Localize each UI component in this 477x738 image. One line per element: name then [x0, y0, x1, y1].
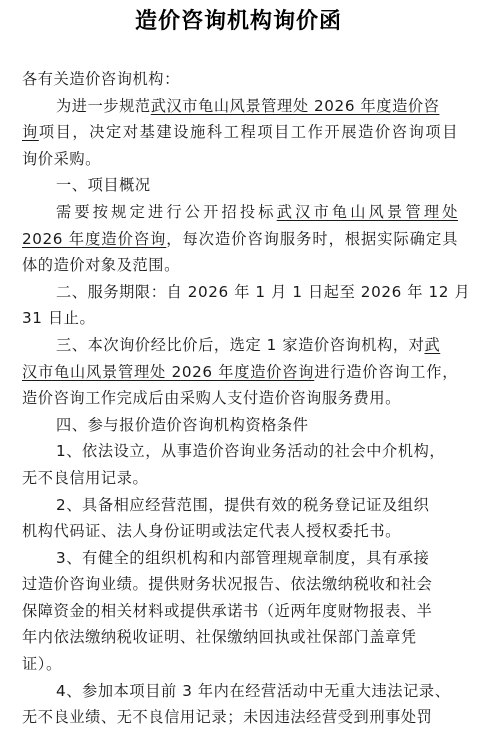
list-item: 4、参加本项目前 3 年内在经营活动中无重大违法记录、 [22, 678, 458, 705]
underlined-project-name: 武汉市龟山风景管理处 2026 年度造价咨 [151, 97, 440, 115]
paragraph-line: 体的造价对象及范围。 [22, 252, 458, 279]
section-heading: 四、参与报价造价咨询机构资格条件 [22, 412, 458, 439]
underlined-project-name: 武 [424, 336, 440, 354]
paragraph-line: 31 日止。 [22, 305, 458, 332]
paragraph-line: 为进一步规范武汉市龟山风景管理处 2026 年度造价咨 [22, 93, 458, 120]
paragraph-line: 年内依法缴纳税收证明、社保缴纳回执或社保部门盖章凭 [22, 624, 458, 651]
paragraph-line: 机构代码证、法人身份证明或法定代表人授权委托书。 [22, 518, 458, 545]
paragraph-line: 无不良业绩、无不良信用记录；未因违法经营受到刑事处罚 [22, 704, 458, 731]
list-item: 1、依法设立，从事造价咨询业务活动的社会中介机构， [22, 438, 458, 465]
document-body: 各有关造价咨询机构： 为进一步规范武汉市龟山风景管理处 2026 年度造价咨 询… [22, 66, 458, 731]
paragraph-line: 保障资金的相关材料或提供承诺书（近两年度财物报表、半 [22, 598, 458, 625]
underlined-project-name: 汉市龟山风景管理处 2026 年度造价咨询 [22, 363, 314, 381]
underlined-project-name: 2026 年度造价咨询 [22, 230, 166, 248]
paragraph-line: 无不良信用记录。 [22, 465, 458, 492]
salutation: 各有关造价咨询机构： [22, 66, 458, 93]
list-item: 3、有健全的组织机构和内部管理规章制度，具有承接 [22, 545, 458, 572]
paragraph-line: 2026 年度造价咨询，每次造价咨询服务时，根据实际确定具 [22, 226, 458, 253]
paragraph-line: 证）。 [22, 651, 458, 678]
underlined-project-name: 武汉市龟山风景管理处 [277, 203, 458, 221]
document-title: 造价咨询机构询价函 [0, 4, 477, 35]
paragraph-line: 造价咨询工作完成后由采购人支付造价咨询服务费用。 [22, 385, 458, 412]
section-heading: 三、本次询价经比价后，选定 1 家造价咨询机构，对武 [22, 332, 458, 359]
paragraph-line: 询项目，决定对基建设施科工程项目工作开展造价咨询项目 [22, 119, 458, 146]
paragraph-line: 询价采购。 [22, 146, 458, 173]
list-item: 2、具备相应经营范围，提供有效的税务登记证及组织 [22, 492, 458, 519]
paragraph-line: 需要按规定进行公开招投标武汉市龟山风景管理处 [22, 199, 458, 226]
section-heading: 一、项目概况 [22, 172, 458, 199]
section-heading: 二、服务期限：自 2026 年 1 月 1 日起至 2026 年 12 月 [22, 279, 458, 306]
paragraph-line: 过造价咨询业绩。提供财务状况报告、依法缴纳税收和社会 [22, 571, 458, 598]
paragraph-line: 汉市龟山风景管理处 2026 年度造价咨询进行造价咨询工作， [22, 359, 458, 386]
underlined-project-name: 询 [22, 123, 39, 141]
